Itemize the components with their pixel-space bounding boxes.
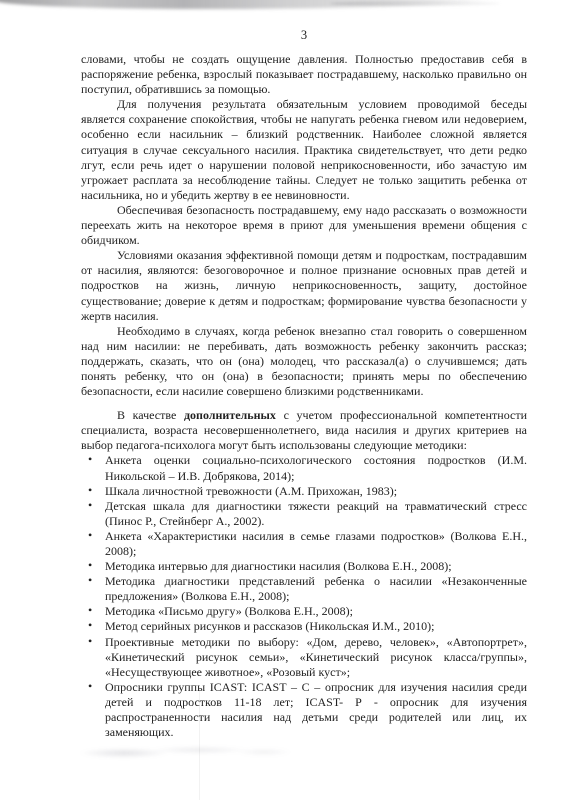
list-item-text: Методика интервью для диагностики насили… xyxy=(105,559,452,573)
document-page: 3 словами, чтобы не создать ощущение дав… xyxy=(0,0,566,800)
list-item-anxiety-scale: •Шкала личностной тревожности (А.М. Прих… xyxy=(81,484,527,499)
scan-artifact-top-smudge-secondary xyxy=(330,1,500,6)
paragraph-conversation-conditions: Для получения результата обязательным ус… xyxy=(81,97,527,203)
list-item-text: Шкала личностной тревожности (А.М. Прихо… xyxy=(105,484,397,498)
bullet-icon: • xyxy=(88,452,92,467)
bullet-icon: • xyxy=(88,483,92,498)
list-item-projective-methods: •Проективные методики по выбору: «Дом, д… xyxy=(81,635,527,680)
bullet-icon: • xyxy=(88,528,92,543)
paragraph-effective-help-conditions: Условиями оказания эффективной помощи де… xyxy=(81,248,527,323)
list-item-text: Методика диагностики представлений ребен… xyxy=(105,574,527,603)
bullet-icon: • xyxy=(88,634,92,649)
paragraph-when-child-discloses: Необходимо в случаях, когда ребенок внез… xyxy=(81,324,527,399)
list-item-family-violence-anketa: •Анкета «Характеристики насилия в семье … xyxy=(81,529,527,559)
methods-list: •Анкета оценки социально-психологическог… xyxy=(81,453,527,740)
bullet-icon: • xyxy=(88,603,92,618)
list-item-text: Опросники группы ICAST: ICAST – С – опро… xyxy=(105,680,527,739)
list-item-child-trauma-scale: •Детская шкала для диагностики тяжести р… xyxy=(81,499,527,529)
bullet-icon: • xyxy=(88,498,92,513)
bullet-icon: • xyxy=(88,618,92,633)
bullet-icon: • xyxy=(88,573,92,588)
list-item-text: Анкета «Характеристики насилия в семье г… xyxy=(105,529,527,558)
paragraph-methods-intro: В качестве дополнительных с учетом профе… xyxy=(81,408,527,453)
scan-artifact-crease-line xyxy=(199,688,200,800)
list-item-letter-to-friend: •Методика «Письмо другу» (Волкова Е.Н., … xyxy=(81,604,527,619)
list-item-interview-method: •Методика интервью для диагностики насил… xyxy=(81,559,527,574)
list-item-text: Метод серийных рисунков и рассказов (Ник… xyxy=(105,619,435,633)
list-item-text: Анкета оценки социально-психологического… xyxy=(105,453,527,482)
methods-intro-prefix: В качестве xyxy=(117,408,184,422)
list-item-icast-questionnaires: •Опросники группы ICAST: ICAST – С – опр… xyxy=(81,680,527,740)
bullet-icon: • xyxy=(88,679,92,694)
scan-artifact-bleedthrough xyxy=(26,742,306,762)
paragraph-continuation: словами, чтобы не создать ощущение давле… xyxy=(81,52,527,97)
list-item-text: Проективные методики по выбору: «Дом, де… xyxy=(105,635,527,679)
page-number: 3 xyxy=(81,28,527,43)
methods-intro-bold-term: дополнительных xyxy=(184,408,276,422)
list-item-anketa-socio-psych: •Анкета оценки социально-психологическог… xyxy=(81,453,527,483)
bullet-icon: • xyxy=(88,558,92,573)
list-item-serial-drawings: •Метод серийных рисунков и рассказов (Ни… xyxy=(81,619,527,634)
page-content: словами, чтобы не создать ощущение давле… xyxy=(81,52,527,740)
list-item-text: Методика «Письмо другу» (Волкова Е.Н., 2… xyxy=(105,604,353,618)
paragraph-safety-shelter: Обеспечивая безопасность пострадавшему, … xyxy=(81,203,527,248)
list-item-text: Детская шкала для диагностики тяжести ре… xyxy=(105,499,527,528)
list-item-unfinished-sentences: •Методика диагностики представлений ребе… xyxy=(81,574,527,604)
